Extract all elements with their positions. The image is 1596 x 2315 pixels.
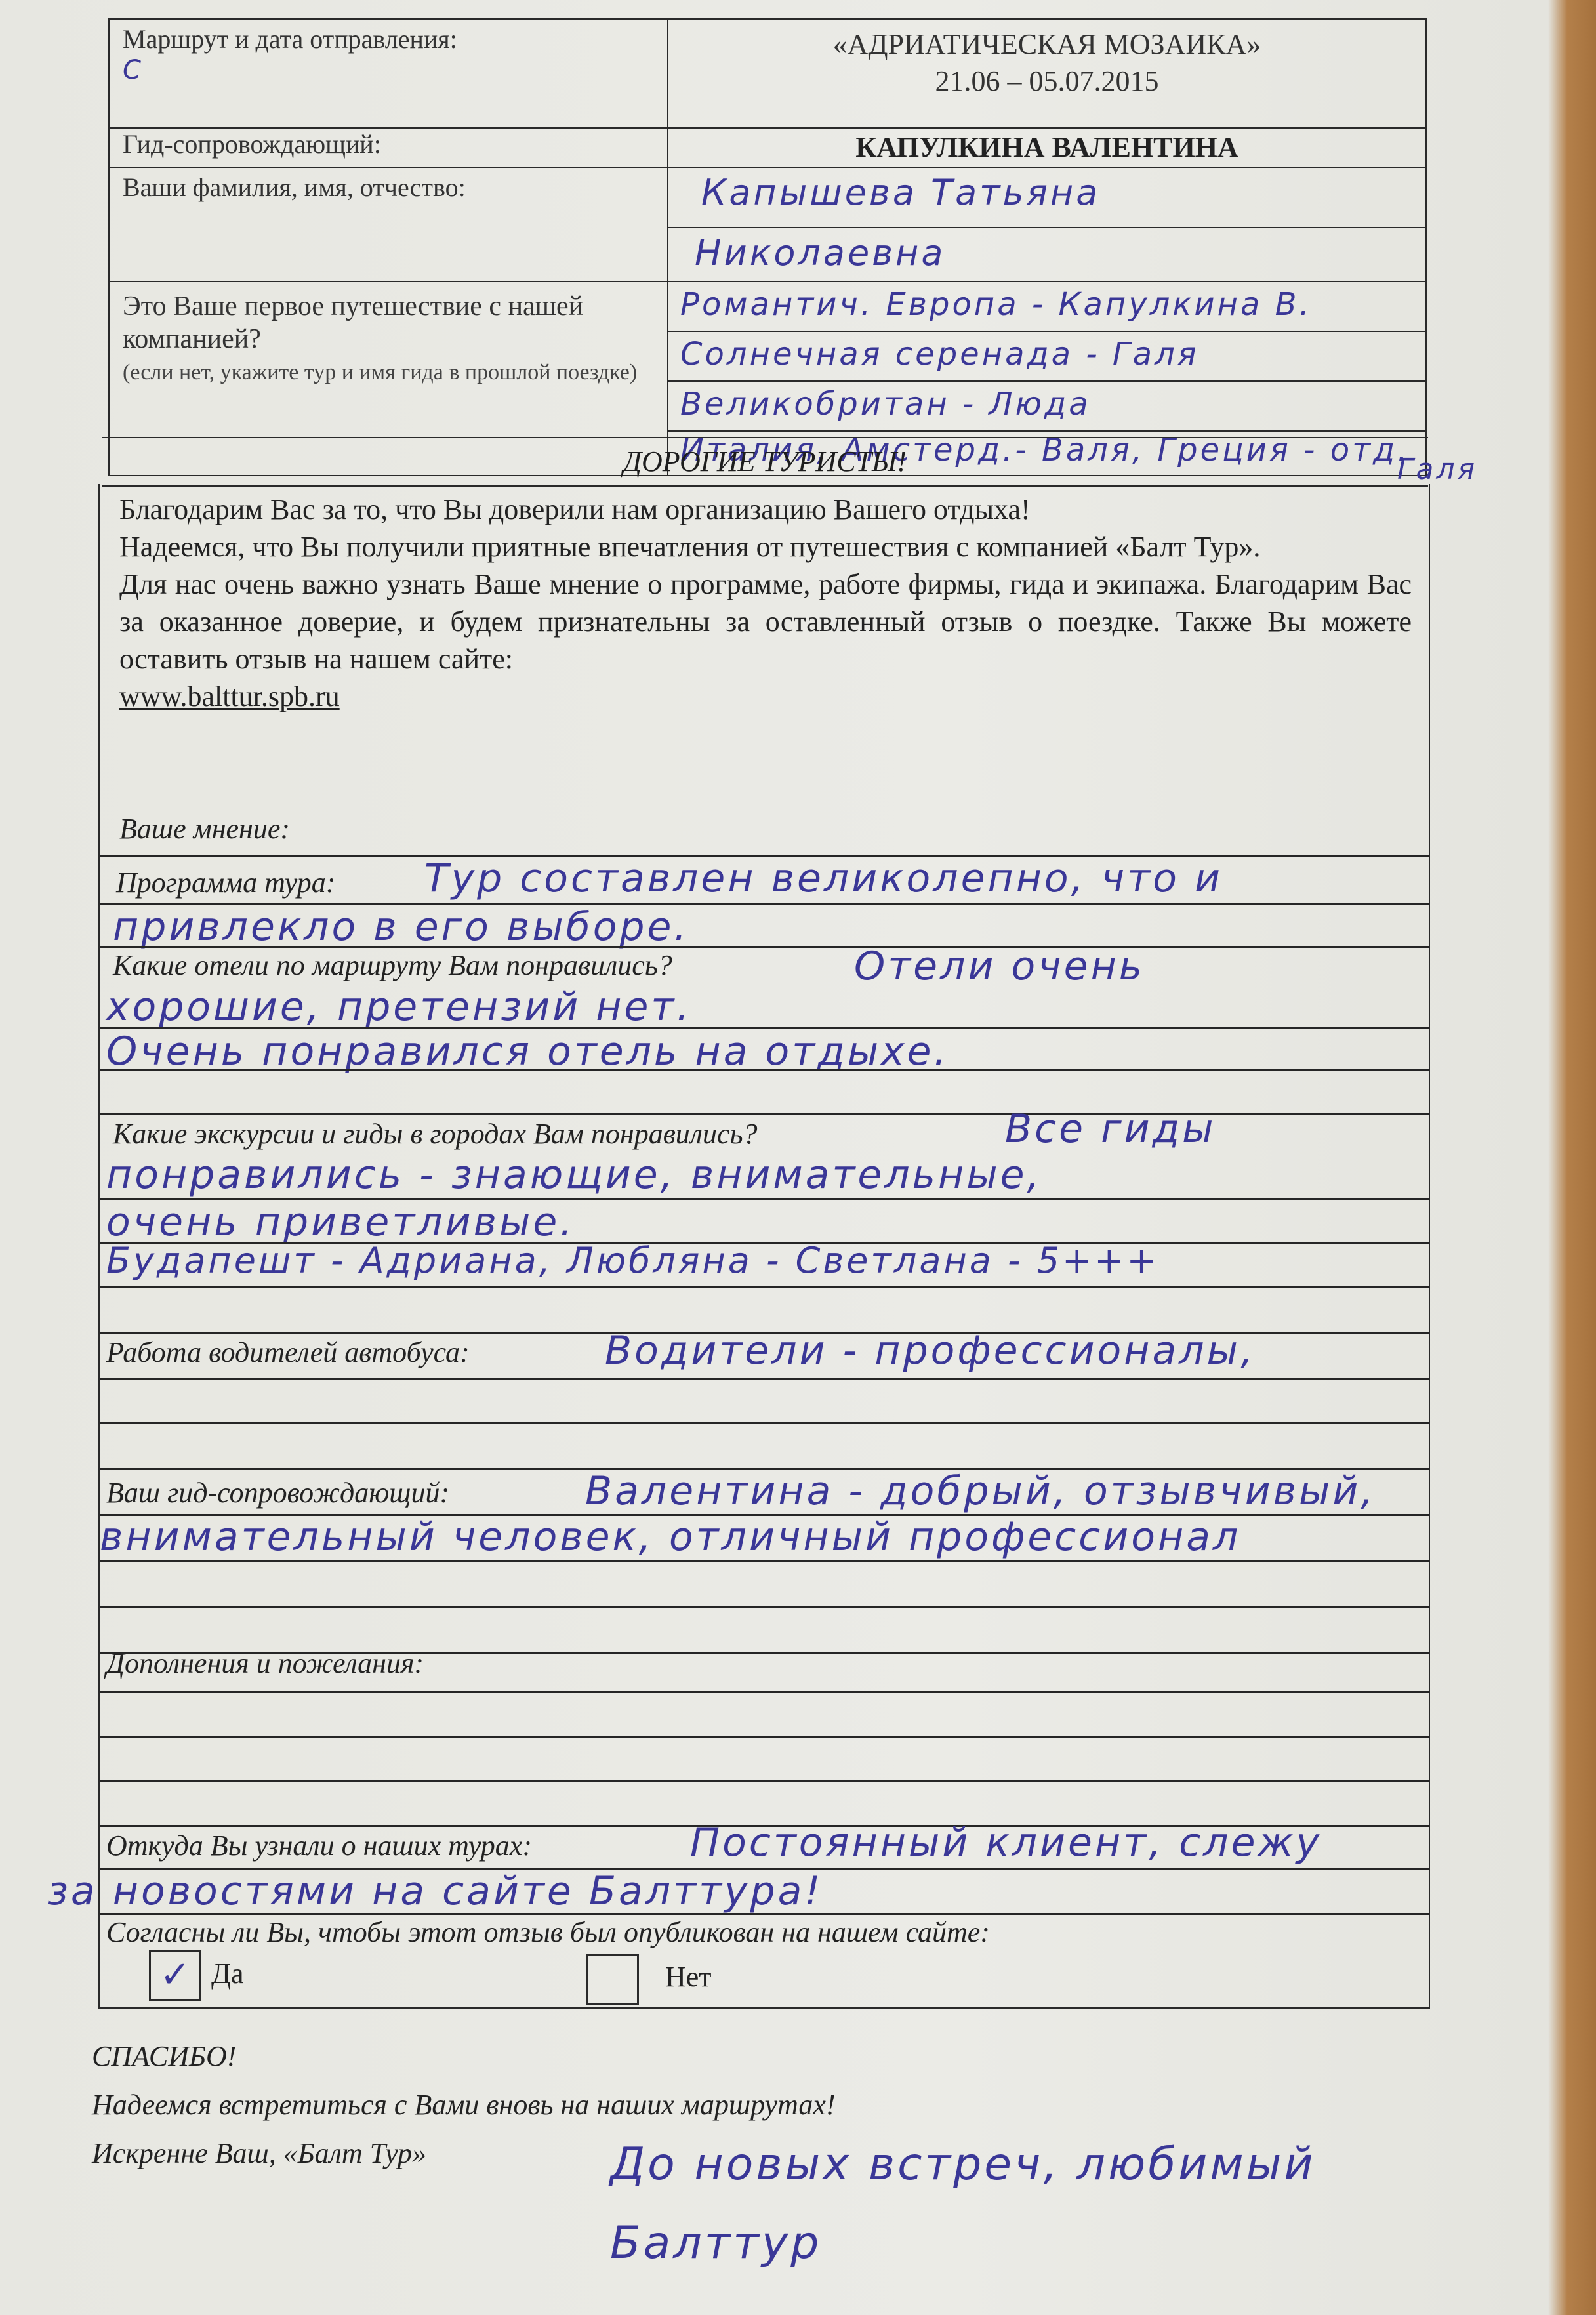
rule	[100, 1286, 1429, 1288]
first-trip-line-2: Солнечная серенада - Галя	[668, 332, 1425, 382]
hotels-answer-1[interactable]: Отели очень	[854, 943, 1145, 989]
publish-yes-checkbox[interactable]: ✓	[149, 1950, 201, 2001]
hotels-answer-2[interactable]: хорошие, претензий нет.	[106, 984, 691, 1030]
rule	[100, 1560, 1429, 1562]
tour-dates: 21.06 – 05.07.2015	[668, 63, 1425, 100]
guide-answer-1[interactable]: Валентина - добрый, отзывчивый,	[585, 1468, 1376, 1514]
rule	[100, 1913, 1429, 1915]
route-mark: С	[123, 55, 144, 85]
handwritten-reply: До новых встреч, любимый Балттур	[610, 2125, 1316, 2283]
tour-cell: «АДРИАТИЧЕСКАЯ МОЗАИКА» 21.06 – 05.07.20…	[668, 19, 1426, 128]
publish-yes-label: Да	[211, 1957, 244, 1990]
opinion-heading: Ваше мнение:	[119, 812, 290, 846]
source-label: Откуда Вы узнали о наших турах:	[106, 1829, 532, 1862]
hotels-label: Какие отели по маршруту Вам понравились?	[113, 949, 672, 982]
publish-label: Согласны ли Вы, чтобы этот отзыв был опу…	[106, 1916, 990, 1949]
thanks-text: СПАСИБО!	[92, 2032, 836, 2081]
publish-no-label: Нет	[665, 1960, 712, 1994]
first-trip-line-3: Великобритан - Люда	[668, 382, 1425, 432]
handwritten-reply-line-1: До новых встреч, любимый	[610, 2125, 1316, 2204]
excursions-answer-3[interactable]: очень приветливые.	[106, 1199, 575, 1245]
route-label-cell: Маршрут и дата отправления: С	[109, 19, 668, 128]
rule	[100, 1691, 1429, 1693]
program-answer-1[interactable]: Тур составлен великолепно, что и	[424, 855, 1223, 901]
rule	[100, 1736, 1429, 1738]
rule	[100, 1606, 1429, 1608]
feedback-form: Маршрут и дата отправления: С «АДРИАТИЧЕ…	[0, 0, 1571, 2315]
guide-name: КАПУЛКИНА ВАЛЕНТИНА	[668, 128, 1426, 167]
guide-opinion-label: Ваш гид-сопровождающий:	[106, 1476, 449, 1509]
source-answer-2[interactable]: за новостями на сайте Балттура!	[47, 1868, 823, 1914]
first-trip-hint: (если нет, укажите тур и имя гида в прош…	[123, 358, 654, 387]
name-field[interactable]: Капышева Татьяна Николаевна	[668, 167, 1426, 281]
name-line-2: Николаевна	[668, 228, 1425, 281]
rule	[100, 1652, 1429, 1654]
rule	[100, 946, 1429, 948]
guide-label: Гид-сопровождающий:	[109, 128, 668, 167]
excursions-answer-4[interactable]: Будапешт - Адриана, Любляна - Светлана -…	[106, 1240, 1159, 1281]
drivers-label: Работа водителей автобуса:	[106, 1336, 470, 1369]
handwritten-reply-line-2: Балттур	[610, 2204, 1316, 2283]
tour-info-table: Маршрут и дата отправления: С «АДРИАТИЧЕ…	[108, 18, 1427, 476]
rule	[100, 1113, 1429, 1115]
name-line-1: Капышева Татьяна	[668, 168, 1425, 228]
hope-text: Надеемся встретиться с Вами вновь на наш…	[92, 2081, 836, 2129]
intro-paragraph-3: Для нас очень важно узнать Ваше мнение о…	[119, 565, 1412, 678]
tour-name: «АДРИАТИЧЕСКАЯ МОЗАИКА»	[668, 26, 1425, 63]
dear-tourists-heading: ДОРОГИЕ ТУРИСТЫ!	[102, 437, 1428, 487]
first-trip-label: Это Ваше первое путешествие с нашей комп…	[123, 291, 583, 354]
intro-paragraph-2: Надеемся, что Вы получили приятные впеча…	[119, 528, 1412, 565]
excursions-label: Какие экскурсии и гиды в городах Вам пон…	[113, 1117, 758, 1151]
route-label: Маршрут и дата отправления:	[123, 24, 457, 54]
excursions-answer-1[interactable]: Все гиды	[1005, 1106, 1216, 1152]
drivers-answer-1[interactable]: Водители - профессионалы,	[605, 1328, 1256, 1374]
guide-answer-2[interactable]: внимательный человек, отличный профессио…	[100, 1514, 1240, 1560]
intro-text: Благодарим Вас за то, что Вы доверили на…	[119, 491, 1412, 715]
feedback-body: Благодарим Вас за то, что Вы доверили на…	[98, 484, 1430, 2009]
rule	[100, 1378, 1429, 1380]
first-trip-line-1: Романтич. Европа - Капулкина В.	[668, 282, 1425, 332]
website-link[interactable]: www.balttur.spb.ru	[119, 680, 340, 712]
excursions-answer-2[interactable]: понравились - знающие, внимательные,	[106, 1152, 1042, 1198]
source-answer-1[interactable]: Постоянный клиент, слежу	[690, 1820, 1322, 1866]
program-answer-2[interactable]: привлекло в его выборе.	[113, 904, 689, 950]
intro-paragraph-1: Благодарим Вас за то, что Вы доверили на…	[119, 491, 1412, 528]
program-label: Программа тура:	[116, 866, 335, 899]
rule	[100, 1422, 1429, 1424]
publish-no-checkbox[interactable]	[586, 1954, 639, 2005]
rule	[100, 1780, 1429, 1782]
rule	[100, 1069, 1429, 1071]
hotels-answer-3[interactable]: Очень понравился отель на отдыхе.	[106, 1029, 949, 1075]
name-label: Ваши фамилия, имя, отчество:	[109, 167, 668, 281]
